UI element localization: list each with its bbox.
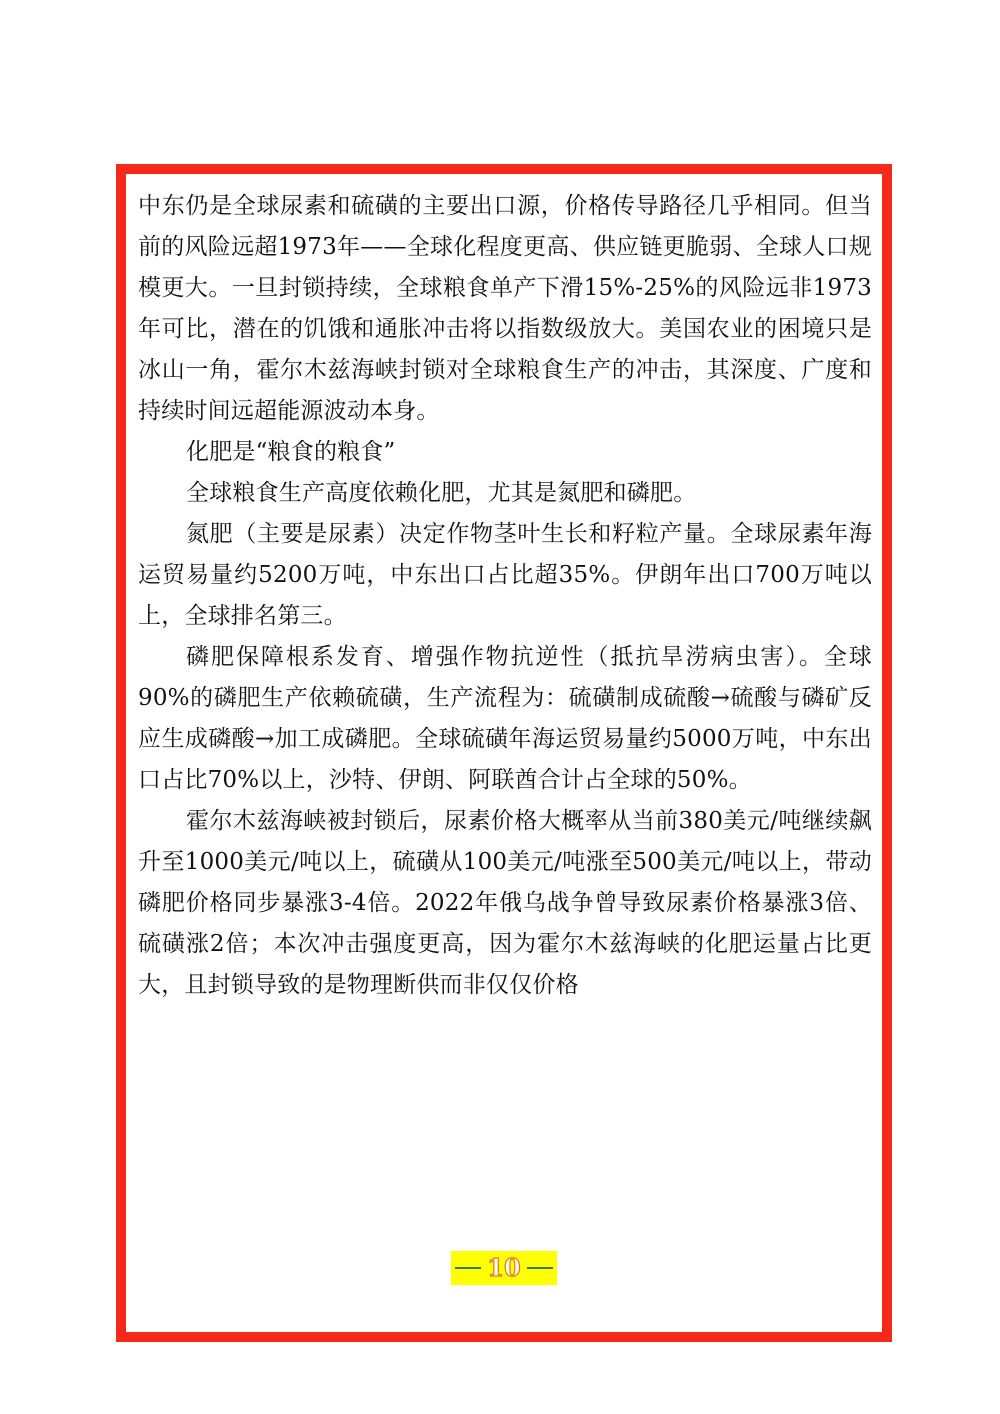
paragraph-fertilizer-dependence: 全球粮食生产高度依赖化肥，尤其是氮肥和磷肥。 <box>138 473 872 514</box>
document-body: 中东仍是全球尿素和硫磺的主要出口源，价格传导路径几乎相同。但当前的风险远超197… <box>138 186 872 1006</box>
paragraph-price-impact: 霍尔木兹海峡被封锁后，尿素价格大概率从当前380美元/吨继续飙升至1000美元/… <box>138 801 872 1006</box>
page-number: 10 <box>487 1253 520 1283</box>
paragraph-phosphate-fertilizer: 磷肥保障根系发育、增强作物抗逆性（抵抗旱涝病虫害）。全球90%的磷肥生产依赖硫磺… <box>138 637 872 801</box>
page-border-frame: 中东仍是全球尿素和硫磺的主要出口源，价格传导路径几乎相同。但当前的风险远超197… <box>116 164 892 1342</box>
section-heading: 化肥是“粮食的粮食” <box>138 432 872 473</box>
left-dash-decoration <box>455 1267 481 1269</box>
page-footer: 10 <box>126 1251 882 1285</box>
page-number-badge: 10 <box>451 1251 556 1285</box>
paragraph-continuation: 中东仍是全球尿素和硫磺的主要出口源，价格传导路径几乎相同。但当前的风险远超197… <box>138 186 872 432</box>
paragraph-nitrogen-fertilizer: 氮肥（主要是尿素）决定作物茎叶生长和籽粒产量。全球尿素年海运贸易量约5200万吨… <box>138 514 872 637</box>
right-dash-decoration <box>527 1267 553 1269</box>
